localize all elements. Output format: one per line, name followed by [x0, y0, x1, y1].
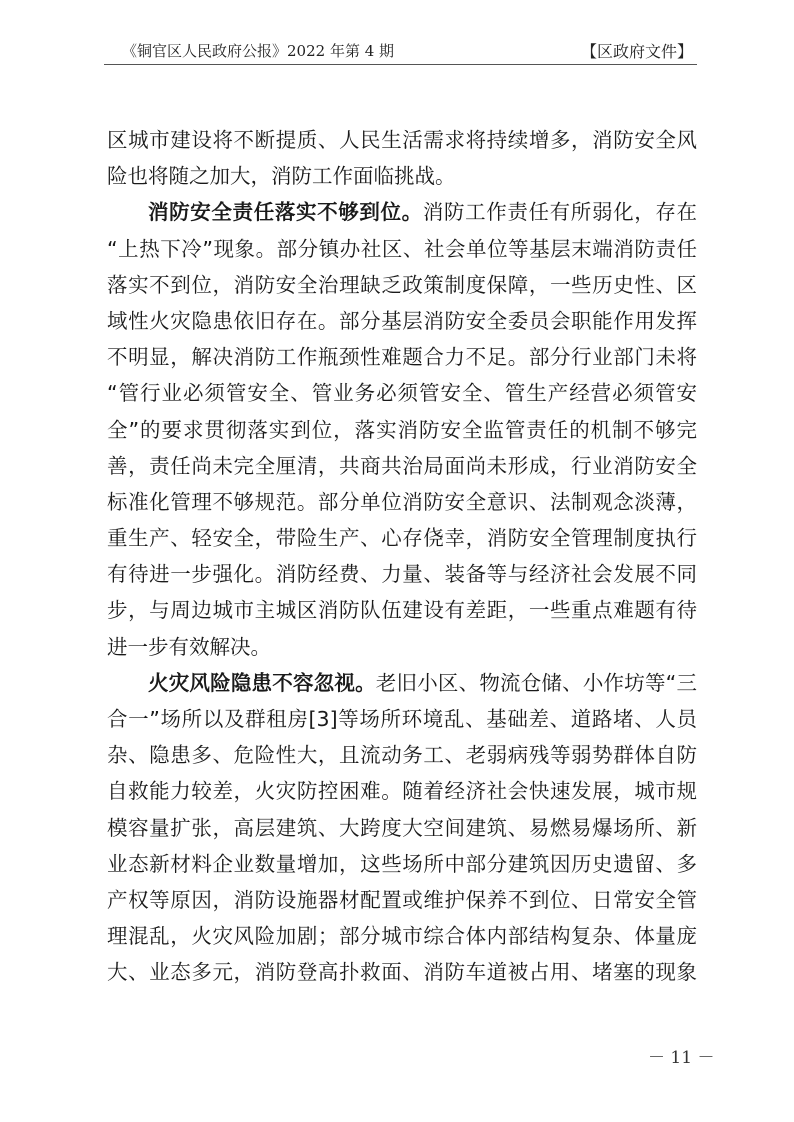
publication-title: 《铜官区人民政府公报》2022 年第 4 期 — [122, 40, 394, 61]
text-line: 重生产、轻安全，带险生产、心存侥幸，消防安全管理制度执行 — [107, 520, 697, 556]
page-number: － 11 － — [648, 1043, 714, 1068]
text-line: 步，与周边城市主城区消防队伍建设有差距，一些重点难题有待 — [107, 592, 697, 628]
text-line: 落实不到位，消防安全治理缺乏政策制度保障，一些历史性、区 — [107, 267, 697, 303]
paragraph-first-line: 消防安全责任落实不够到位。消防工作责任有所弱化，存在 — [107, 194, 697, 230]
text-line: 理混乱，火灾风险加剧；部分城市综合体内部结构复杂、体量庞 — [107, 918, 697, 954]
text-line: “上热下冷”现象。部分镇办社区、社会单位等基层末端消防责任 — [107, 231, 697, 267]
text-line: 区城市建设将不断提质、人民生活需求将持续增多，消防安全风 — [107, 122, 697, 158]
text-line: 标准化管理不够规范。部分单位消防安全意识、法制观念淡薄， — [107, 484, 697, 520]
text-line: 大、业态多元，消防登高扑救面、消防车道被占用、堵塞的现象 — [107, 954, 697, 990]
text-line: 险也将随之加大，消防工作面临挑战。 — [107, 158, 697, 194]
text-line: 进一步有效解决。 — [107, 629, 697, 665]
text-span: 消防工作责任有所弱化，存在 — [423, 200, 697, 224]
paragraph-first-line: 火灾风险隐患不容忽视。老旧小区、物流仓储、小作坊等“三 — [107, 665, 697, 701]
text-line: “管行业必须管安全、管业务必须管安全、管生产经营必须管安 — [107, 375, 697, 411]
paragraph-heading: 火灾风险隐患不容忽视。 — [148, 671, 376, 695]
paragraph-heading: 消防安全责任落实不够到位。 — [148, 200, 423, 224]
text-line: 善，责任尚未完全厘清，共商共治局面尚未形成，行业消防安全 — [107, 448, 697, 484]
text-line: 自救能力较差，火灾防控困难。随着经济社会快速发展，城市规 — [107, 773, 697, 809]
page-header: 《铜官区人民政府公报》2022 年第 4 期 【区政府文件】 — [104, 36, 697, 65]
text-line: 杂、隐患多、危险性大，且流动务工、老弱病残等弱势群体自防 — [107, 737, 697, 773]
document-body: 区城市建设将不断提质、人民生活需求将持续增多，消防安全风 险也将随之加大，消防工… — [107, 122, 697, 991]
text-line: 全”的要求贯彻落实到位，落实消防安全监管责任的机制不够完 — [107, 412, 697, 448]
text-line: 合一”场所以及群租房[3]等场所环境乱、基础差、道路堵、人员 — [107, 701, 697, 737]
text-line: 不明显，解决消防工作瓶颈性难题合力不足。部分行业部门未将 — [107, 339, 697, 375]
section-label: 【区政府文件】 — [581, 39, 693, 62]
text-line: 业态新材料企业数量增加，这些场所中部分建筑因历史遗留、多 — [107, 846, 697, 882]
text-line: 有待进一步强化。消防经费、力量、装备等与经济社会发展不同 — [107, 556, 697, 592]
text-line: 域性火灾隐患依旧存在。部分基层消防安全委员会职能作用发挥 — [107, 303, 697, 339]
text-line: 产权等原因，消防设施器材配置或维护保养不到位、日常安全管 — [107, 882, 697, 918]
text-line: 模容量扩张，高层建筑、大跨度大空间建筑、易燃易爆场所、新 — [107, 810, 697, 846]
text-span: 老旧小区、物流仓储、小作坊等“三 — [376, 671, 697, 695]
